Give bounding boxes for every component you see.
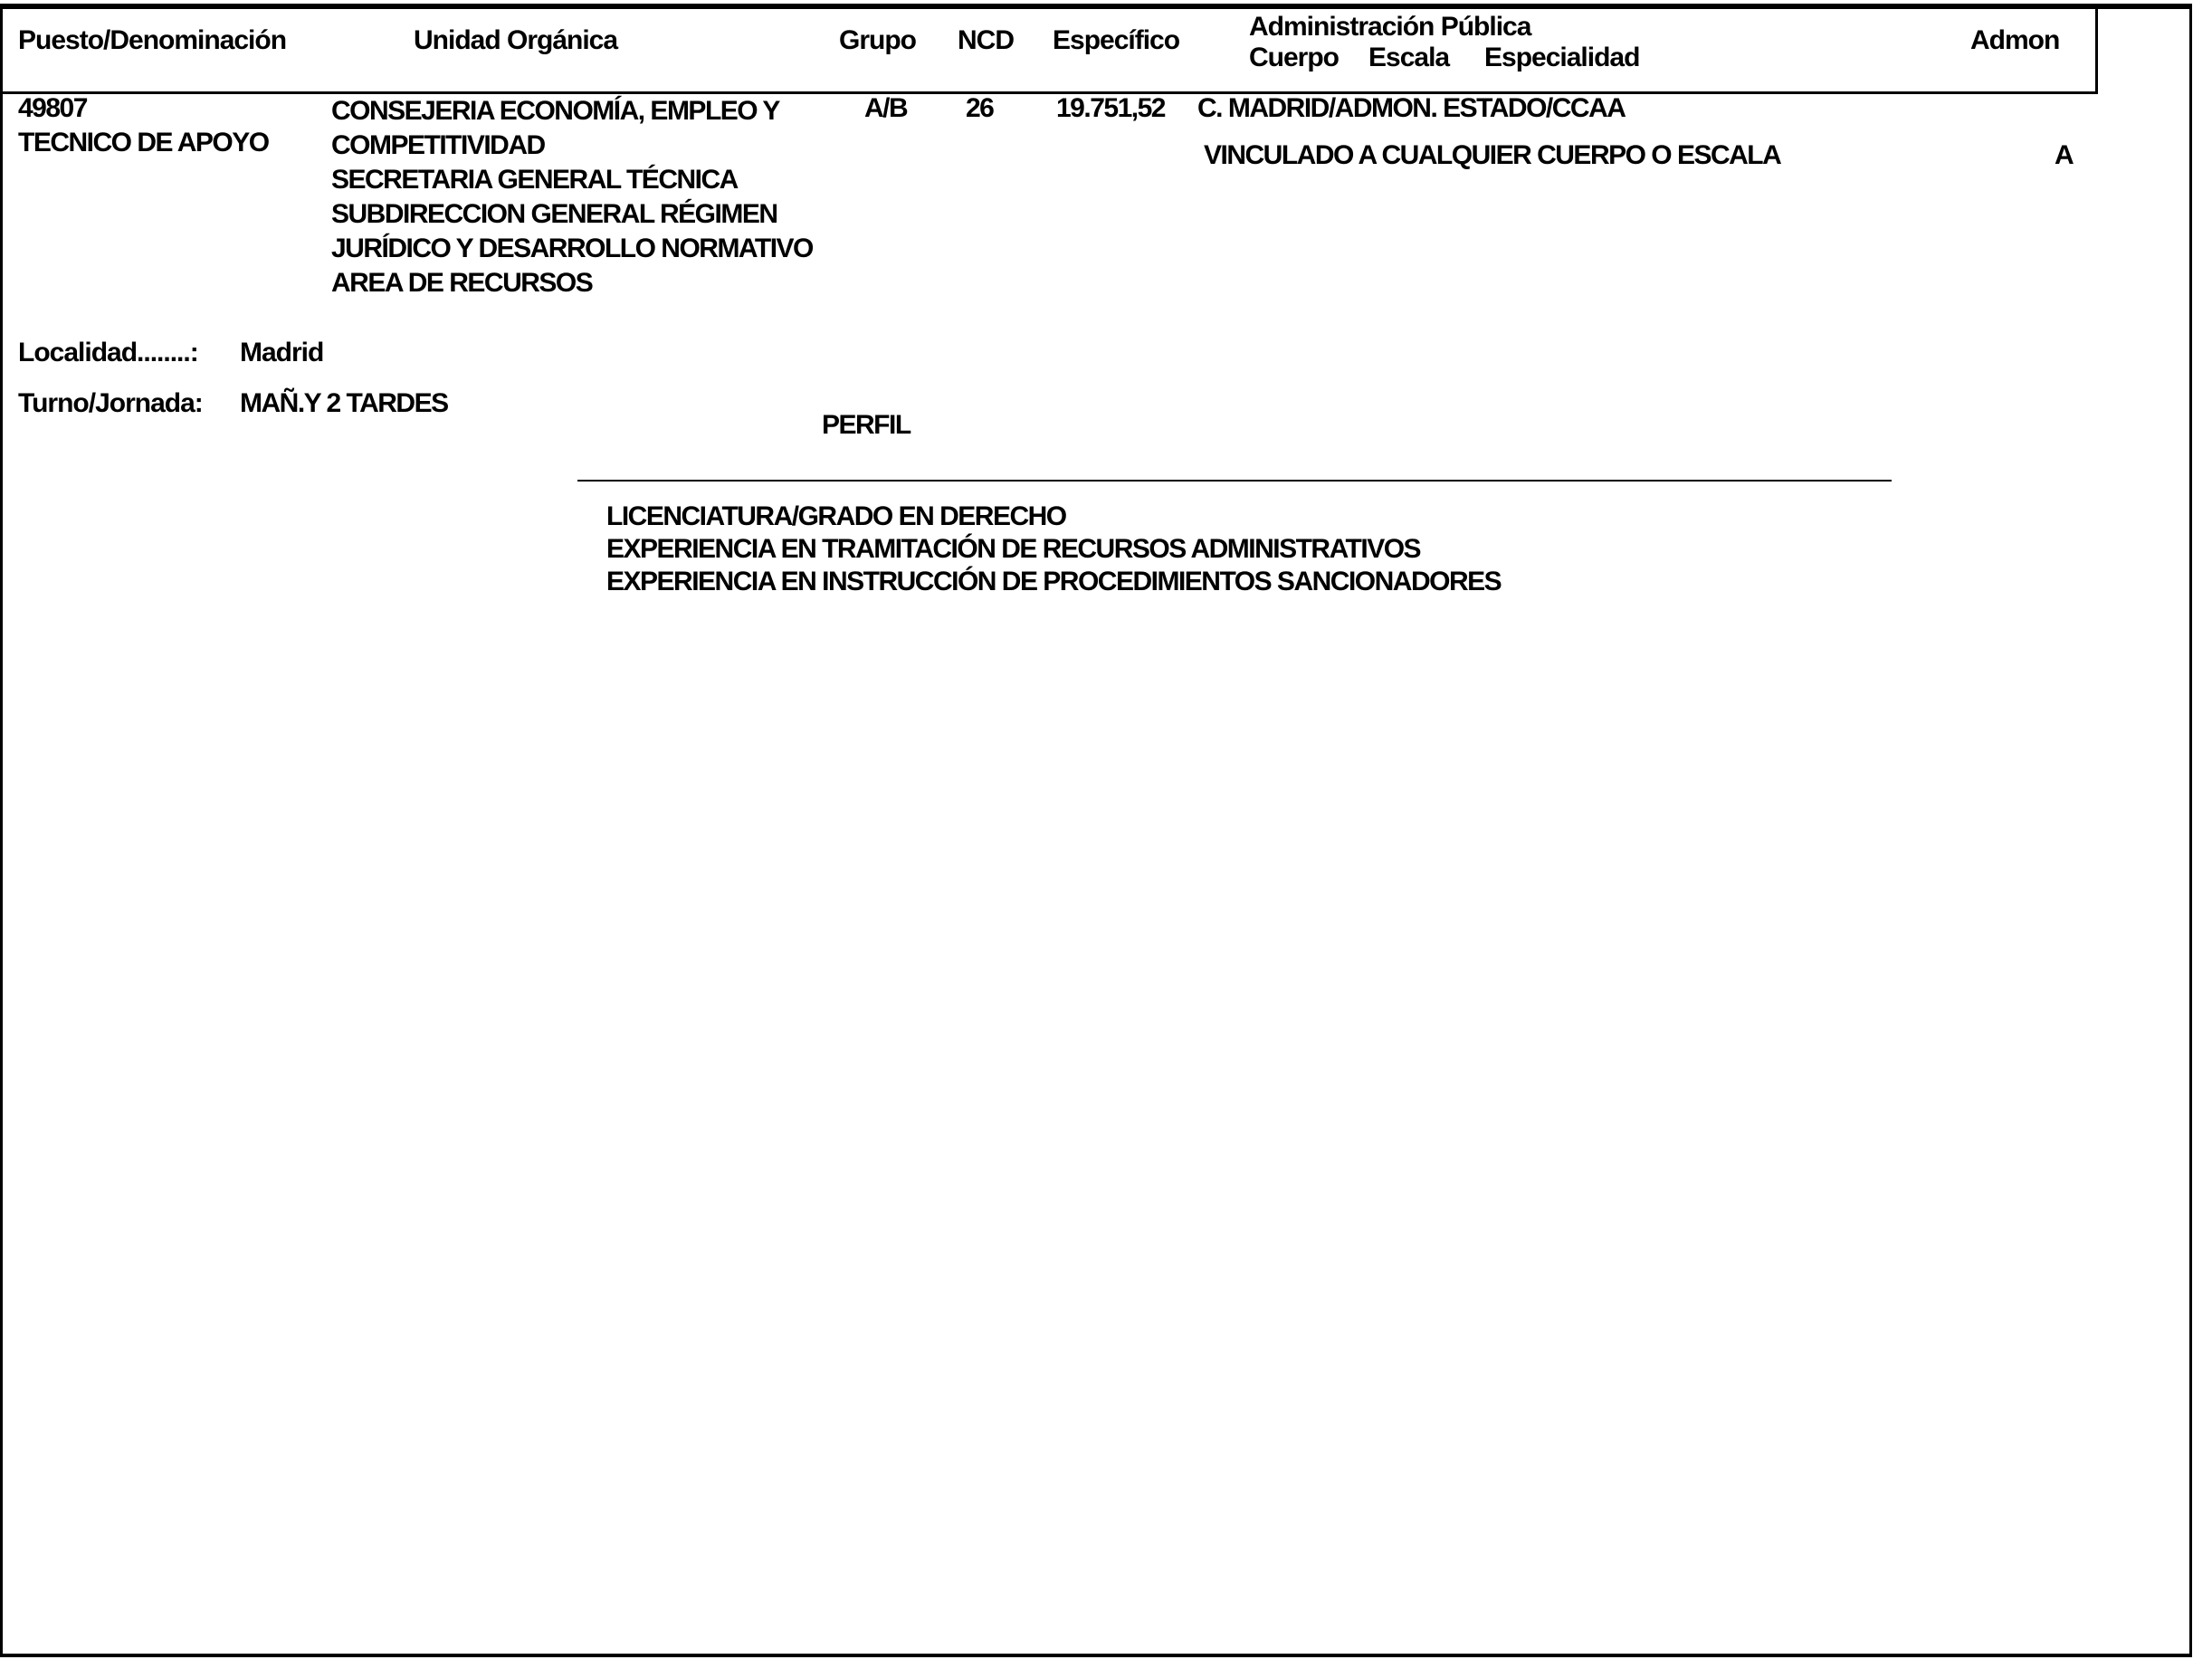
col-header-especialidad: Especialidad (1484, 41, 1639, 74)
col-header-cuerpo: Cuerpo (1249, 41, 1339, 74)
col-header-grupo: Grupo (839, 24, 916, 57)
col-header-admon: Admon (1970, 24, 2059, 57)
cell-admon: A (2055, 138, 2073, 172)
unidad-line: JURÍDICO Y DESARROLLO NORMATIVO (331, 232, 813, 266)
cell-vinculacion: VINCULADO A CUALQUIER CUERPO O ESCALA (1204, 138, 1780, 172)
col-header-puesto: Puesto/Denominación (18, 24, 286, 57)
perfil-items: LICENCIATURA/GRADO EN DERECHO EXPERIENCI… (606, 501, 1501, 598)
unidad-line: AREA DE RECURSOS (331, 266, 813, 300)
turno-value: MAÑ.Y 2 TARDES (240, 386, 448, 420)
puesto-denominacion: TECNICO DE APOYO (18, 126, 269, 160)
header-box (0, 4, 2098, 94)
col-header-admin-publica: Administración Pública (1249, 10, 1530, 43)
page-border (0, 4, 2192, 1657)
localidad-label: Localidad........: (18, 336, 198, 369)
col-header-especifico: Específico (1053, 24, 1179, 57)
perfil-item: EXPERIENCIA EN TRAMITACIÓN DE RECURSOS A… (606, 533, 1501, 566)
turno-label: Turno/Jornada: (18, 386, 203, 420)
cell-administracion-publica: C. MADRID/ADMON. ESTADO/CCAA (1197, 91, 1625, 125)
col-header-unidad: Unidad Orgánica (414, 24, 617, 57)
col-header-ncd: NCD (958, 24, 1014, 57)
puesto-codigo: 49807 (18, 91, 269, 126)
cell-puesto: 49807 TECNICO DE APOYO (18, 91, 269, 160)
col-header-escala: Escala (1368, 41, 1449, 74)
unidad-line: SECRETARIA GENERAL TÉCNICA (331, 163, 813, 197)
cell-unidad-organica: CONSEJERIA ECONOMÍA, EMPLEO Y COMPETITIV… (331, 94, 813, 300)
localidad-value: Madrid (240, 336, 323, 369)
perfil-divider (577, 480, 1892, 482)
cell-especifico: 19.751,52 (1056, 91, 1165, 125)
unidad-line: COMPETITIVIDAD (331, 129, 813, 163)
unidad-line: CONSEJERIA ECONOMÍA, EMPLEO Y (331, 94, 813, 129)
perfil-title: PERFIL (822, 408, 911, 442)
perfil-item: EXPERIENCIA EN INSTRUCCIÓN DE PROCEDIMIE… (606, 566, 1501, 598)
document-page: Puesto/Denominación Unidad Orgánica Grup… (0, 0, 2212, 1669)
cell-grupo: A/B (864, 91, 907, 125)
unidad-line: SUBDIRECCION GENERAL RÉGIMEN (331, 197, 813, 232)
cell-ncd: 26 (966, 91, 993, 125)
perfil-item: LICENCIATURA/GRADO EN DERECHO (606, 501, 1501, 533)
